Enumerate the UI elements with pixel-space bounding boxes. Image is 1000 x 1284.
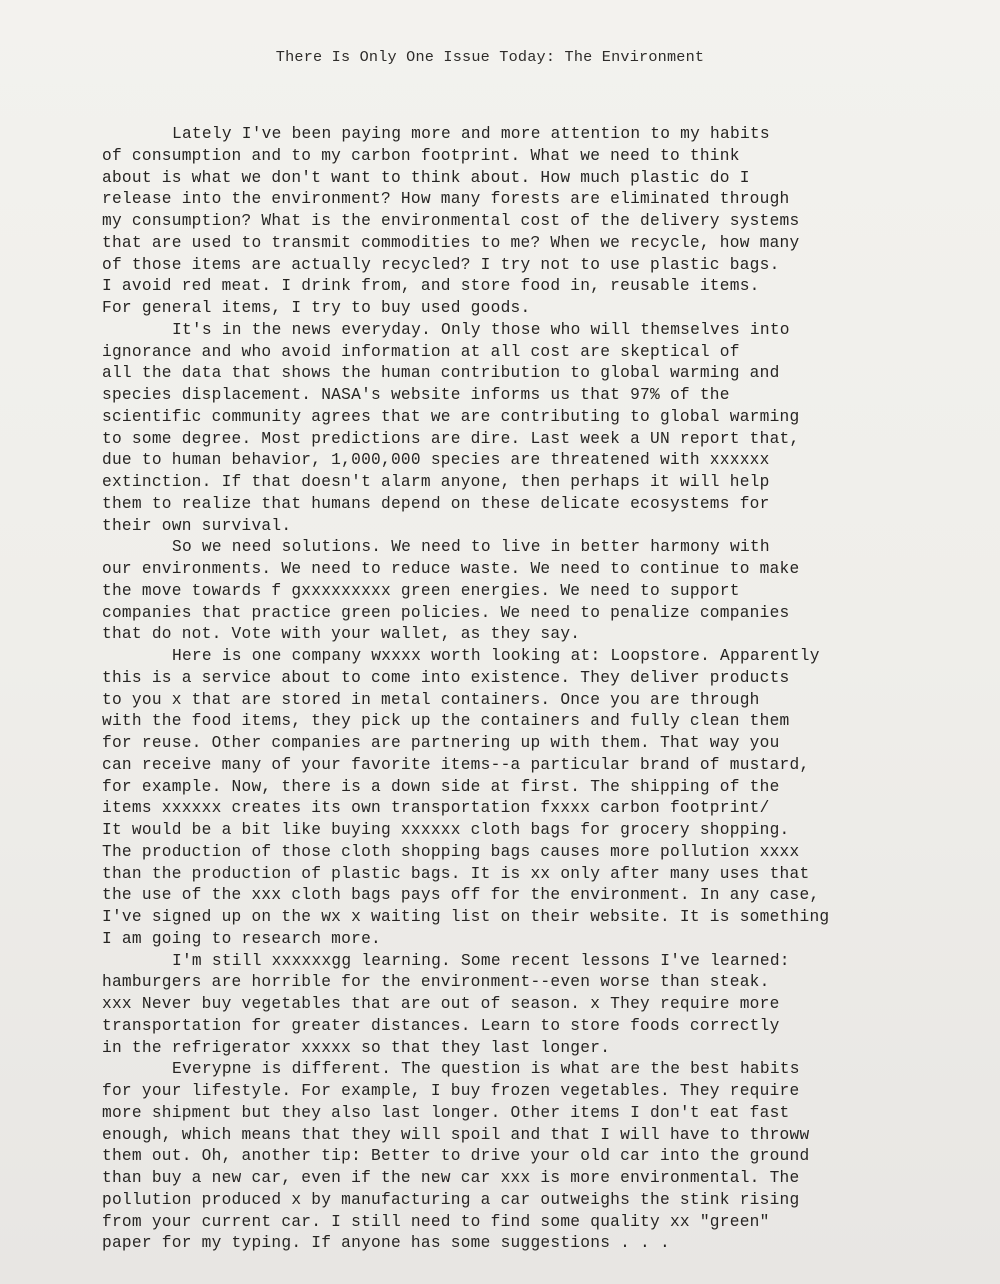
text-line: So we need solutions. We need to live in… bbox=[102, 537, 942, 559]
text-line: the move towards f gxxxxxxxxx green ener… bbox=[102, 581, 942, 603]
text-line: I avoid red meat. I drink from, and stor… bbox=[102, 276, 942, 298]
text-line: than the production of plastic bags. It … bbox=[102, 864, 942, 886]
text-line: It's in the news everyday. Only those wh… bbox=[102, 320, 942, 342]
text-line: I'm still xxxxxxgg learning. Some recent… bbox=[102, 951, 942, 973]
text-line: transportation for greater distances. Le… bbox=[102, 1016, 942, 1038]
text-line: of consumption and to my carbon footprin… bbox=[102, 146, 942, 168]
text-line: more shipment but they also last longer.… bbox=[102, 1103, 942, 1125]
text-line: of those items are actually recycled? I … bbox=[102, 255, 942, 277]
text-line: extinction. If that doesn't alarm anyone… bbox=[102, 472, 942, 494]
text-line: our environments. We need to reduce wast… bbox=[102, 559, 942, 581]
text-line: them to realize that humans depend on th… bbox=[102, 494, 942, 516]
text-line: species displacement. NASA's website inf… bbox=[102, 385, 942, 407]
text-line: my consumption? What is the environmenta… bbox=[102, 211, 942, 233]
text-line: Everypne is different. The question is w… bbox=[102, 1059, 942, 1081]
paragraph: I'm still xxxxxxgg learning. Some recent… bbox=[102, 951, 942, 1060]
text-line: The production of those cloth shopping b… bbox=[102, 842, 942, 864]
paragraph: Everypne is different. The question is w… bbox=[102, 1059, 942, 1255]
text-line: their own survival. bbox=[102, 516, 942, 538]
text-line: from your current car. I still need to f… bbox=[102, 1212, 942, 1234]
text-line: them out. Oh, another tip: Better to dri… bbox=[102, 1146, 942, 1168]
text-line: with the food items, they pick up the co… bbox=[102, 711, 942, 733]
text-line: due to human behavior, 1,000,000 species… bbox=[102, 450, 942, 472]
text-line: to you x that are stored in metal contai… bbox=[102, 690, 942, 712]
text-line: hamburgers are horrible for the environm… bbox=[102, 972, 942, 994]
text-line: I've signed up on the wx x waiting list … bbox=[102, 907, 942, 929]
text-line: It would be a bit like buying xxxxxx clo… bbox=[102, 820, 942, 842]
text-line: items xxxxxx creates its own transportat… bbox=[102, 798, 942, 820]
text-line: scientific community agrees that we are … bbox=[102, 407, 942, 429]
text-line: this is a service about to come into exi… bbox=[102, 668, 942, 690]
text-line: the use of the xxx cloth bags pays off f… bbox=[102, 885, 942, 907]
text-line: Lately I've been paying more and more at… bbox=[102, 124, 942, 146]
text-line: for example. Now, there is a down side a… bbox=[102, 777, 942, 799]
text-line: I am going to research more. bbox=[102, 929, 942, 951]
paragraph: Here is one company wxxxx worth looking … bbox=[102, 646, 942, 951]
text-line: that do not. Vote with your wallet, as t… bbox=[102, 624, 942, 646]
document-body: Lately I've been paying more and more at… bbox=[102, 124, 942, 1255]
text-line: paper for my typing. If anyone has some … bbox=[102, 1233, 942, 1255]
text-line: about is what we don't want to think abo… bbox=[102, 168, 942, 190]
page-title: There Is Only One Issue Today: The Envir… bbox=[0, 48, 980, 66]
typewritten-page: There Is Only One Issue Today: The Envir… bbox=[0, 0, 1000, 1284]
text-line: companies that practice green policies. … bbox=[102, 603, 942, 625]
text-line: xxx Never buy vegetables that are out of… bbox=[102, 994, 942, 1016]
text-line: in the refrigerator xxxxx so that they l… bbox=[102, 1038, 942, 1060]
text-line: Here is one company wxxxx worth looking … bbox=[102, 646, 942, 668]
text-line: release into the environment? How many f… bbox=[102, 189, 942, 211]
paragraph: It's in the news everyday. Only those wh… bbox=[102, 320, 942, 538]
text-line: that are used to transmit commodities to… bbox=[102, 233, 942, 255]
text-line: all the data that shows the human contri… bbox=[102, 363, 942, 385]
text-line: enough, which means that they will spoil… bbox=[102, 1125, 942, 1147]
text-line: for reuse. Other companies are partnerin… bbox=[102, 733, 942, 755]
text-line: than buy a new car, even if the new car … bbox=[102, 1168, 942, 1190]
text-line: for your lifestyle. For example, I buy f… bbox=[102, 1081, 942, 1103]
text-line: to some degree. Most predictions are dir… bbox=[102, 429, 942, 451]
text-line: can receive many of your favorite items-… bbox=[102, 755, 942, 777]
text-line: ignorance and who avoid information at a… bbox=[102, 342, 942, 364]
text-line: For general items, I try to buy used goo… bbox=[102, 298, 942, 320]
text-line: pollution produced x by manufacturing a … bbox=[102, 1190, 942, 1212]
paragraph: So we need solutions. We need to live in… bbox=[102, 537, 942, 646]
paragraph: Lately I've been paying more and more at… bbox=[102, 124, 942, 320]
